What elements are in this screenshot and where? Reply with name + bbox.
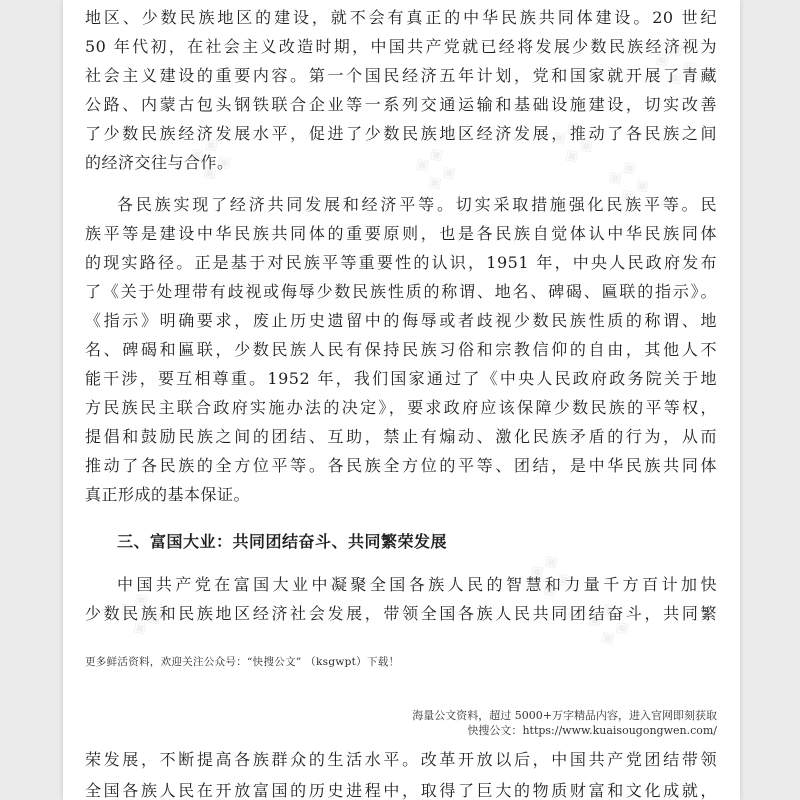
text-line: 公路、内蒙古包头钢铁联合企业等一系列交通运输和基础设施建设，切实改善 xyxy=(85,90,717,119)
text-line: 荣发展，不断提高各族群众的生活水平。改革开放以后，中国共产党团结带领 xyxy=(85,744,717,775)
page2-header-line2: 快搜公文：https://www.kuaisougongwen.com/ xyxy=(412,723,717,738)
page2-header-site-label: 快搜公文： xyxy=(467,724,522,737)
text-line: 族平等是建设中华民族共同体的重要原则，也是各民族自觉体认中华民族同体 xyxy=(85,219,717,248)
text-line: 50 年代初，在社会主义改造时期，中国共产党就已经将发展少数民族经济视为 xyxy=(85,32,717,61)
text-line: 真正形成的基本保证。 xyxy=(85,480,717,509)
section-heading: 三、富国大业：共同团结奋斗、共同繁荣发展 xyxy=(85,527,717,556)
text-line: 地区、少数民族地区的建设，就不会有真正的中华民族共同体建设。20 世纪 xyxy=(85,3,717,32)
text-line: 了少数民族经济发展水平，促进了少数民族地区经济发展，推动了各民族之间 xyxy=(85,119,717,148)
text-line: 少数民族和民族地区经济社会发展，带领全国各族人民共同团结奋斗，共同繁 xyxy=(85,599,717,628)
text-line: 的经济交往与合作。 xyxy=(85,148,717,177)
paragraph: 荣发展，不断提高各族群众的生活水平。改革开放以后，中国共产党团结带领全国各族人民… xyxy=(85,744,717,800)
page2-header-line1: 海量公文资料，超过 5000+万字精品内容，进入官网即刻获取 xyxy=(412,708,717,723)
page-footer-note: 更多鲜活资料，欢迎关注公众号：“快搜公文” （ksgwpt）下载！ xyxy=(85,654,399,669)
text-line: 提倡和鼓励民族之间的团结、互助，禁止有煽动、激化民族矛盾的行为，从而 xyxy=(85,422,717,451)
document-page[interactable]: 地区、少数民族地区的建设，就不会有真正的中华民族共同体建设。20 世纪50 年代… xyxy=(63,0,740,800)
paragraph: 地区、少数民族地区的建设，就不会有真正的中华民族共同体建设。20 世纪50 年代… xyxy=(85,3,717,177)
page2-header: 海量公文资料，超过 5000+万字精品内容，进入官网即刻获取 快搜公文：http… xyxy=(412,708,717,738)
text-line: 名、碑碣和匾联，少数民族人民有保持民族习俗和宗教信仰的自由，其他人不 xyxy=(85,335,717,364)
text-line: 推动了各民族的全方位平等。各民族全方位的平等、团结，是中华民族共同体 xyxy=(85,451,717,480)
text-line: 方民族民主联合政府实施办法的决定》，要求政府应该保障少数民族的平等权， xyxy=(85,393,717,422)
text-line: 全国各族人民在开放富国的历史进程中，取得了巨大的物质财富和文化成就， xyxy=(85,775,717,800)
site-url-link[interactable]: https://www.kuaisougongwen.com/ xyxy=(522,724,717,737)
text-line: 能干涉，要互相尊重。1952 年，我们国家通过了《中央人民政府政务院关于地 xyxy=(85,364,717,393)
paragraph: 各民族实现了经济共同发展和经济平等。切实采取措施强化民族平等。民族平等是建设中华… xyxy=(85,190,717,509)
text-line: 了《关于处理带有歧视或侮辱少数民族性质的称谓、地名、碑碣、匾联的指示》。 xyxy=(85,277,717,306)
text-line: 《指示》明确要求，废止历史遗留中的侮辱或者歧视少数民族性质的称谓、地 xyxy=(85,306,717,335)
paragraph: 中国共产党在富国大业中凝聚全国各族人民的智慧和力量千方百计加快少数民族和民族地区… xyxy=(85,570,717,628)
text-line: 社会主义建设的重要内容。第一个国民经济五年计划，党和国家就开展了青藏 xyxy=(85,61,717,90)
text-line: 各民族实现了经济共同发展和经济平等。切实采取措施强化民族平等。民 xyxy=(85,190,717,219)
text-line: 的现实路径。正是基于对民族平等重要性的认识，1951 年，中央人民政府发布 xyxy=(85,248,717,277)
text-line: 中国共产党在富国大业中凝聚全国各族人民的智慧和力量千方百计加快 xyxy=(85,570,717,599)
